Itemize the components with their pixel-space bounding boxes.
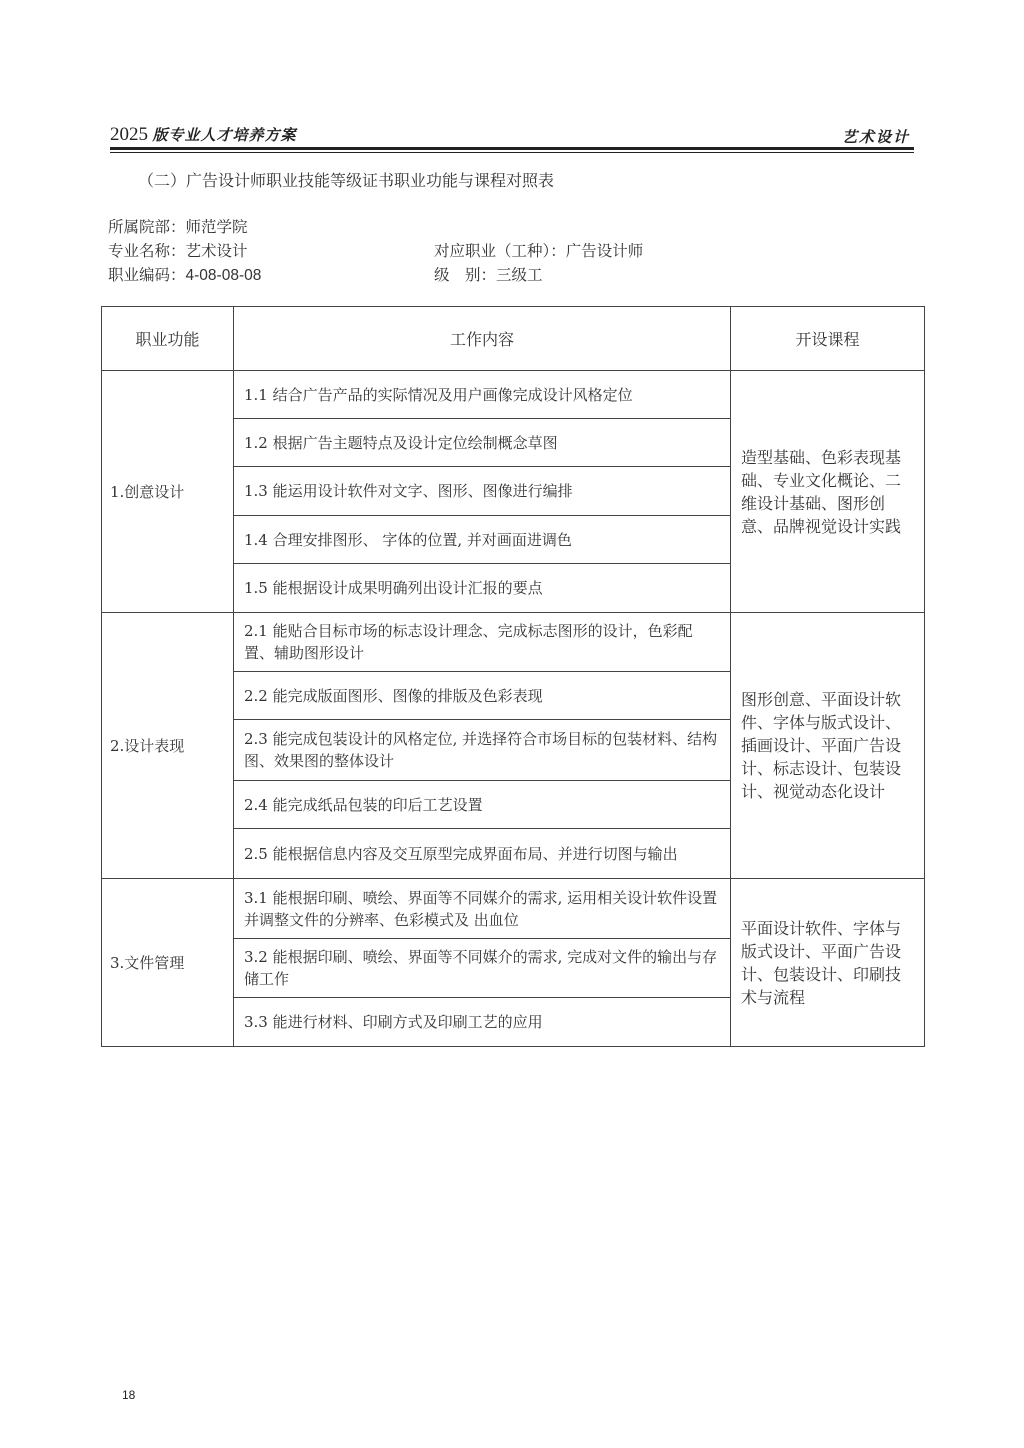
meta-code: 职业编码：4-08-08-08 xyxy=(108,263,261,285)
courses-cell: 平面设计软件、字体与版式设计、平面广告设计、包装设计、印刷技术与流程 xyxy=(731,879,925,1047)
page-header: 2025 版专业人才培养方案 艺术设计 xyxy=(110,124,914,146)
work-item: 3.1 能根据印刷、喷绘、界面等不同媒介的需求, 运用相关设计软件设置并调整文件… xyxy=(234,879,731,939)
work-item: 3.2 能根据印刷、喷绘、界面等不同媒介的需求, 完成对文件的输出与存储工作 xyxy=(234,939,731,998)
major-label: 专业名称： xyxy=(108,242,186,260)
function-course-table: 职业功能 工作内容 开设课程 1.创意设计 1.1 结合广告产品的实际情况及用户… xyxy=(101,306,925,1047)
function-cell: 3.文件管理 xyxy=(102,879,234,1047)
table-header-row: 职业功能 工作内容 开设课程 xyxy=(102,307,925,371)
function-cell: 1.创意设计 xyxy=(102,371,234,613)
work-item: 2.4 能完成纸品包装的印后工艺设置 xyxy=(234,781,731,829)
table-row: 1.创意设计 1.1 结合广告产品的实际情况及用户画像完成设计风格定位 造型基础… xyxy=(102,371,925,419)
header-major: 艺术设计 xyxy=(842,126,910,147)
header-function: 职业功能 xyxy=(102,307,234,371)
work-item: 2.3 能完成包装设计的风格定位, 并选择符合市场目标的包装材料、结构图、效果图… xyxy=(234,720,731,781)
work-item: 1.4 合理安排图形、 字体的位置, 并对画面进调色 xyxy=(234,516,731,564)
meta-level: 级 别：三级工 xyxy=(434,263,543,285)
work-item: 1.1 结合广告产品的实际情况及用户画像完成设计风格定位 xyxy=(234,371,731,419)
courses-cell: 造型基础、色彩表现基础、专业文化概论、二维设计基础、图形创意、品牌视觉设计实践 xyxy=(731,371,925,613)
header-subtitle: 版专业人才培养方案 xyxy=(153,128,297,144)
work-item: 1.2 根据广告主题特点及设计定位绘制概念草图 xyxy=(234,419,731,467)
work-item: 3.3 能进行材料、印刷方式及印刷工艺的应用 xyxy=(234,998,731,1047)
code-label: 职业编码： xyxy=(108,266,186,284)
level-value: 三级工 xyxy=(496,266,543,284)
courses-cell: 图形创意、平面设计软件、字体与版式设计、插画设计、平面广告设计、标志设计、包装设… xyxy=(731,613,925,879)
work-item: 1.3 能运用设计软件对文字、图形、图像进行编排 xyxy=(234,467,731,516)
header-document-title: 2025 版专业人才培养方案 xyxy=(110,124,297,146)
occupation-label: 对应职业（工种）： xyxy=(434,242,566,260)
work-item: 1.5 能根据设计成果明确列出设计汇报的要点 xyxy=(234,564,731,613)
table-row: 2.设计表现 2.1 能贴合目标市场的标志设计理念、完成标志图形的设计，色彩配置… xyxy=(102,613,925,672)
header-rule-thin xyxy=(110,152,914,153)
level-label: 级 别： xyxy=(434,266,496,284)
code-value: 4-08-08-08 xyxy=(186,267,262,284)
function-cell: 2.设计表现 xyxy=(102,613,234,879)
work-item: 2.1 能贴合目标市场的标志设计理念、完成标志图形的设计，色彩配置、辅助图形设计 xyxy=(234,613,731,672)
meta-major: 专业名称：艺术设计 xyxy=(108,239,248,261)
table-row: 3.文件管理 3.1 能根据印刷、喷绘、界面等不同媒介的需求, 运用相关设计软件… xyxy=(102,879,925,939)
section-title: （二）广告设计师职业技能等级证书职业功能与课程对照表 xyxy=(138,168,554,191)
department-label: 所属院部： xyxy=(108,218,186,236)
header-work-content: 工作内容 xyxy=(234,307,731,371)
header-rule-thick xyxy=(110,147,914,150)
page-number: 18 xyxy=(122,1388,135,1402)
meta-occupation: 对应职业（工种）：广告设计师 xyxy=(434,239,643,261)
work-item: 2.2 能完成版面图形、图像的排版及色彩表现 xyxy=(234,672,731,720)
header-courses: 开设课程 xyxy=(731,307,925,371)
major-value: 艺术设计 xyxy=(186,242,248,260)
department-value: 师范学院 xyxy=(186,218,248,236)
work-item: 2.5 能根据信息内容及交互原型完成界面布局、并进行切图与输出 xyxy=(234,829,731,879)
meta-department: 所属院部：师范学院 xyxy=(108,215,248,237)
header-year: 2025 xyxy=(110,124,148,145)
occupation-value: 广告设计师 xyxy=(566,242,644,260)
